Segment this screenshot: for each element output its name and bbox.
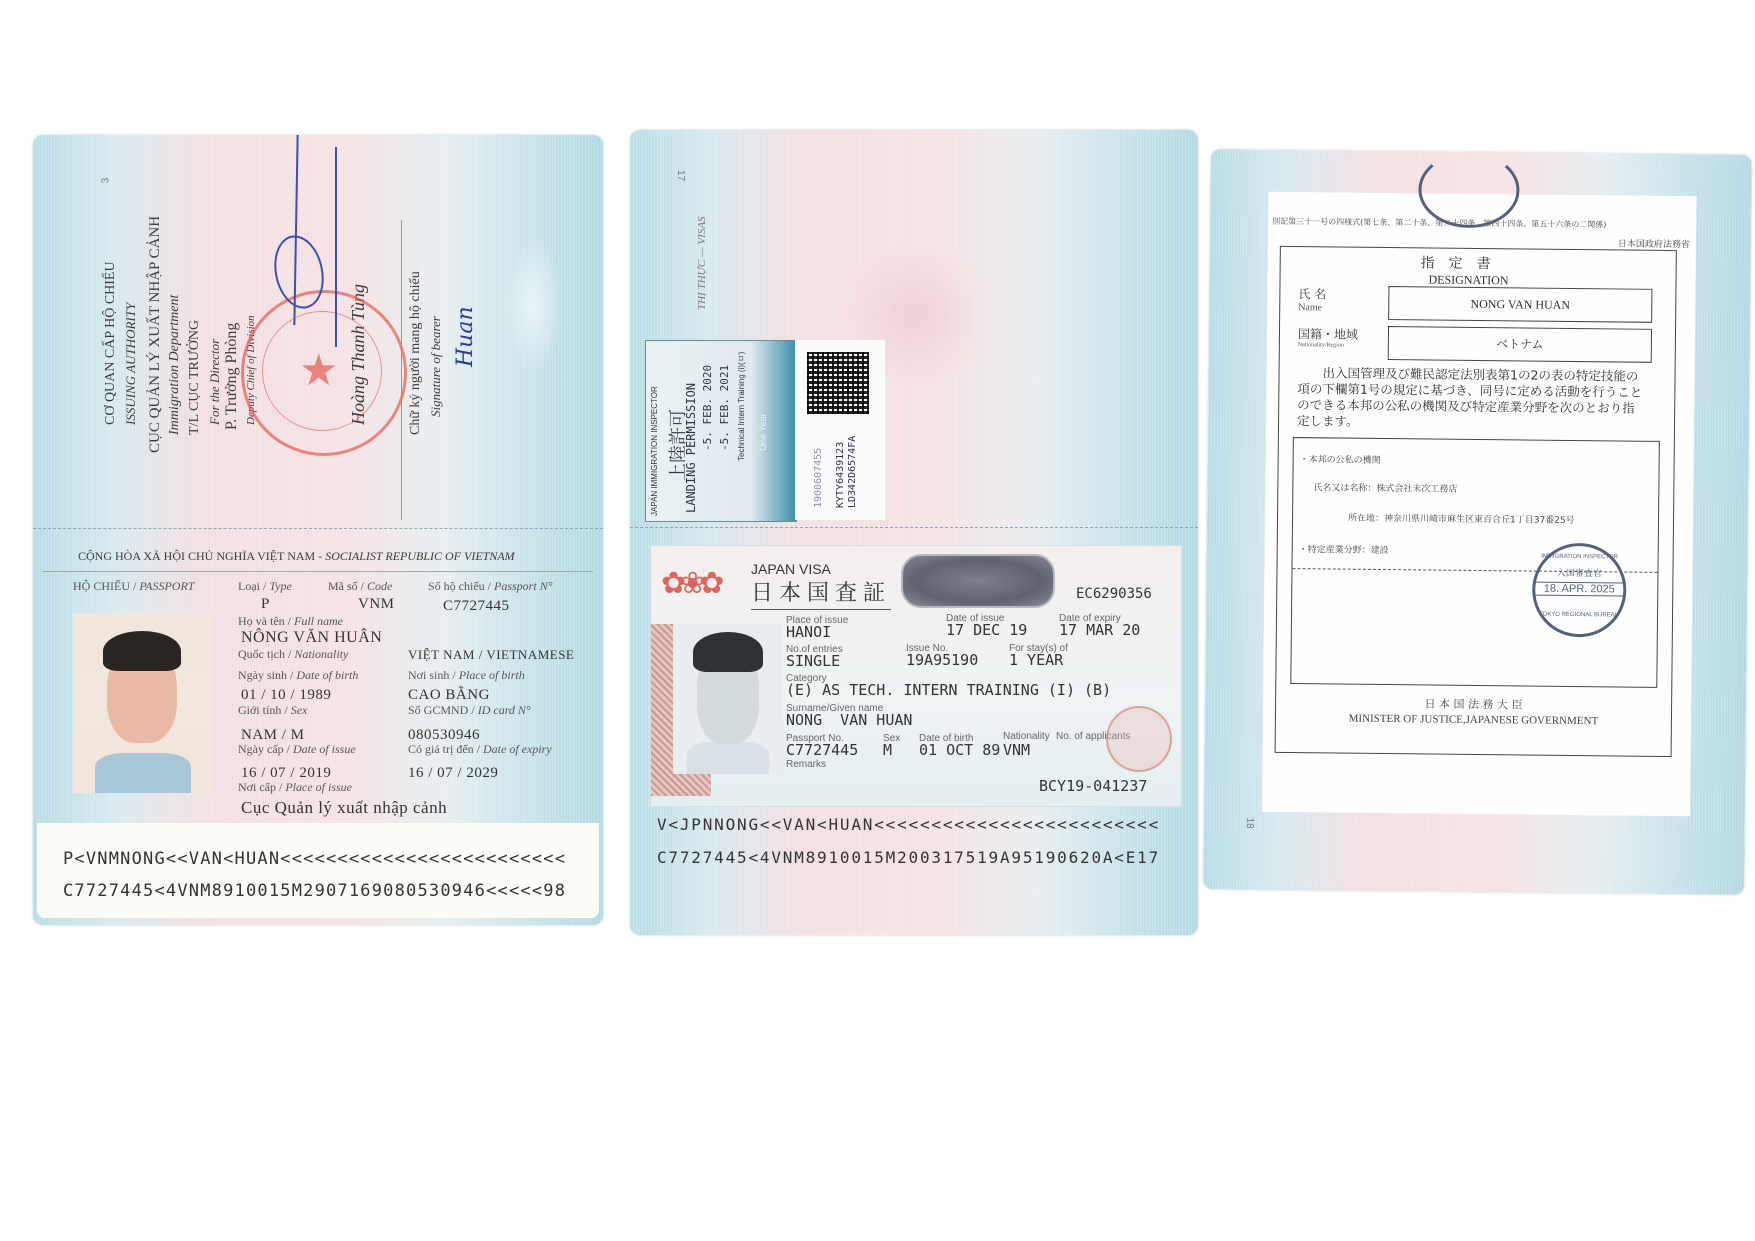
entries: SINGLE xyxy=(786,653,840,669)
consular-seal xyxy=(1106,706,1172,772)
landing-date: -5. FEB. 2020 xyxy=(701,365,714,451)
stamp-bottom-text: TOKYO REGIONAL BUREAU xyxy=(1535,612,1623,619)
nationality-label: Quốc tịch / Nationality xyxy=(238,647,348,662)
place-of-issue: Cục Quản lý xuất nhập cảnh xyxy=(241,798,447,818)
bearer-signature-label-en: Signature of bearer xyxy=(428,316,444,417)
mrz-line-1: P<VNMNONG<<VAN<HUAN<<<<<<<<<<<<<<<<<<<<<… xyxy=(63,849,566,869)
section-title: THỊ THỰC — VISAS xyxy=(696,216,708,310)
page-fold-line xyxy=(630,527,1198,528)
sex-label: Giới tính / Sex xyxy=(238,703,307,718)
japan-visa-sticker: ✿❀✿ JAPAN VISA 日本国査証 EC6290356 Place of … xyxy=(650,545,1182,807)
type-value: P xyxy=(261,596,270,613)
name-label-en: Name xyxy=(1298,302,1322,313)
expiry-date-label: Có giá trị đến / Date of expiry xyxy=(408,742,552,757)
date-of-issue: 17 DEC 19 xyxy=(946,622,1027,638)
full-name: NÔNG VĂN HUÂN xyxy=(241,629,382,647)
name-label-jp: 氏 名 xyxy=(1298,285,1326,302)
minister-jp: 日 本 国 法 務 大 臣 xyxy=(1276,694,1671,714)
designation-title-jp: 指 定 書 xyxy=(1421,252,1491,273)
page-number: 18 xyxy=(1244,818,1255,829)
ministry: 日本国政府法務省 xyxy=(1618,236,1690,250)
visa-holder-name: NONG VAN HUAN xyxy=(786,712,912,728)
org-heading: ・本邦の公私の機関 xyxy=(1300,452,1381,466)
passport-number-label: Số hộ chiếu / Passport N° xyxy=(428,579,553,594)
department-vn: CỤC QUẢN LÝ XUẤT NHẬP CẢNH xyxy=(147,216,164,453)
passport-data-page: 3 CƠ QUAN CẤP HỘ CHIẾU ISSUING AUTHORITY… xyxy=(33,135,603,925)
qr-code xyxy=(807,352,869,414)
passport-no: C7727445 xyxy=(786,742,858,758)
sex: M xyxy=(883,742,892,758)
visa-photo xyxy=(673,624,783,774)
landing-status: Technical Intern Training (i)(ロ) xyxy=(736,352,747,461)
category: (E) AS TECH. INTERN TRAINING (I) (B) xyxy=(786,682,1111,698)
date-of-expiry: 17 MAR 20 xyxy=(1059,622,1140,638)
bureau-stamp-top xyxy=(1418,151,1520,228)
id-label: Số GCMND / ID card N° xyxy=(408,703,531,718)
divider xyxy=(401,220,402,520)
country-header-vn: CỘNG HÒA XÃ HỘI CHỦ NGHĨA VIỆT NAM xyxy=(78,549,315,563)
landing-code-strip: 1900607455 KYTY6439123 LD342D6574FA xyxy=(795,340,885,520)
visa-mrz-line-1: V<JPNNONG<<VAN<HUAN<<<<<<<<<<<<<<<<<<<<<… xyxy=(657,815,1160,834)
minister-en: MINISTER OF JUSTICE,JAPANESE GOVERNMENT xyxy=(1276,712,1671,728)
code-label: Mã số / Code xyxy=(328,579,392,594)
pob-value: CAO BẰNG xyxy=(408,687,490,704)
landing-until: -5. FEB. 2021 xyxy=(718,365,731,451)
dob: 01 OCT 89 xyxy=(919,742,1000,758)
emblem-watermark xyxy=(503,235,563,375)
page-number: 17 xyxy=(675,170,686,181)
authority-en: ISSUING AUTHORITY xyxy=(123,303,139,425)
designation-page: 別記第三十一号の四様式(第七条、第二十条、第二十四条、第四十四条、第五十六条の二… xyxy=(1203,149,1752,895)
issue-no: 19A95190 xyxy=(906,652,978,668)
stamp-top-text: IMMIGRATION INSPECTOR xyxy=(1536,554,1624,561)
name-field: NONG VAN HUAN xyxy=(1388,286,1652,323)
immigration-inspector-stamp: IMMIGRATION INSPECTOR 入国審査官 18. APR. 202… xyxy=(1532,543,1627,638)
industry-field: ・特定産業分野：建設 xyxy=(1299,542,1389,556)
landing-code-2: LD342D6574FA xyxy=(847,436,858,508)
page-fold-line xyxy=(33,528,603,529)
cherry-blossom-icon: ✿❀✿ xyxy=(661,566,718,601)
passport-number: C7727445 xyxy=(443,598,510,615)
bearer-signature: Huan xyxy=(453,306,478,367)
visa-title-en: JAPAN VISA xyxy=(751,561,831,577)
designation-frame: 指 定 書 DESIGNATION 氏 名 Name NONG VAN HUAN… xyxy=(1275,246,1677,757)
mrz-line-2: C7727445<4VNM8910015M2907169080530946<<<… xyxy=(63,881,566,901)
for-director-vn: T/L CỤC TRƯỞNG xyxy=(187,320,203,435)
landing-permission-sticker: JAPAN IMMIGRATION INSPECTOR 上陸許可 LANDING… xyxy=(645,340,797,522)
holder-photo xyxy=(73,613,211,793)
country-header: CỘNG HÒA XÃ HỘI CHỦ NGHĨA VIỆT NAM - SOC… xyxy=(78,549,515,564)
nationality: VNM xyxy=(1003,742,1030,758)
hologram xyxy=(901,554,1055,608)
visa-mrz-line-2: C7727445<4VNM8910015M200317519A95190620A… xyxy=(657,848,1160,867)
place-of-issue: HANOI xyxy=(786,624,831,640)
expiry-date: 16 / 07 / 2029 xyxy=(408,765,498,782)
designation-name: NONG VAN HUAN xyxy=(1389,287,1651,322)
division-vn: P. Trưởng Phòng xyxy=(223,323,241,430)
landing-code-1: KYTY6439123 xyxy=(835,442,846,508)
authority-vn: CƠ QUAN CẤP HỘ CHIẾU xyxy=(103,261,119,425)
pob-label: Nơi sinh / Place of birth xyxy=(408,668,525,683)
dob-label: Ngày sinh / Date of birth xyxy=(238,668,358,683)
organization-frame: ・本邦の公私の機関 氏名又は名称：株式会社末次工務店 所在地：神奈川県川崎市麻生… xyxy=(1290,437,1660,688)
org-name: 氏名又は名称：株式会社末次工務店 xyxy=(1313,480,1457,495)
remarks: BCY19-041237 xyxy=(1039,778,1147,794)
country-header-en: SOCIALIST REPUBLIC OF VIETNAM xyxy=(325,549,514,563)
nationality-value: VIỆT NAM / VIETNAMESE xyxy=(408,647,574,663)
bearer-signature-label-vn: Chữ ký người mang hộ chiếu xyxy=(408,271,424,435)
nationality-label-jp: 国籍・地域 xyxy=(1298,325,1358,343)
designation-sheet: 別記第三十一号の四様式(第七条、第二十条、第二十四条、第四十四条、第五十六条の二… xyxy=(1262,192,1696,816)
visa-page: 17 THỊ THỰC — VISAS JAPAN IMMIGRATION IN… xyxy=(630,130,1198,935)
nationality-label-en: Nationality/Region xyxy=(1298,342,1344,348)
issue-date-label: Ngày cấp / Date of issue xyxy=(238,742,356,757)
designation-nationality: ベトナム xyxy=(1389,327,1651,362)
mrz-zone: P<VNMNONG<<VAN<HUAN<<<<<<<<<<<<<<<<<<<<<… xyxy=(37,823,599,918)
for-director-en: For the Director xyxy=(207,339,223,425)
stamp-date: 18. APR. 2025 xyxy=(1535,582,1623,597)
visa-number: EC6290356 xyxy=(1076,586,1152,602)
signature-stroke xyxy=(335,147,337,347)
full-name-label: Họ và tên / Full name xyxy=(238,614,343,629)
doc-label: HỘ CHIẾU / PASSPORT xyxy=(73,579,194,594)
landing-serial: 1900607455 xyxy=(813,448,824,508)
department-en: Immigration Department xyxy=(167,295,183,435)
dob-value: 01 / 10 / 1989 xyxy=(241,687,331,704)
visa-title-jp: 日本国査証 xyxy=(751,576,891,610)
page-number: 3 xyxy=(100,178,111,184)
remarks-label: Remarks xyxy=(786,760,826,770)
divider xyxy=(43,571,593,572)
designation-body: 出入国管理及び難民認定法別表第1の2の表の特定技能の項の下欄第1号の規定に基づき… xyxy=(1297,365,1643,433)
org-address: 所在地：神奈川県川崎市麻生区東百合丘1丁目37番25号 xyxy=(1348,511,1575,526)
official-red-seal: ★ xyxy=(241,290,407,456)
stay: 1 YEAR xyxy=(1009,652,1063,668)
landing-period: One Year xyxy=(758,413,768,451)
type-label: Loại / Type xyxy=(238,579,292,594)
place-of-issue-label: Nơi cấp / Place of issue xyxy=(238,780,352,795)
nationality-field: ベトナム xyxy=(1388,326,1652,363)
landing-title-en: LANDING PERMISSION xyxy=(684,383,698,513)
stamp-mid-text: 入国審査官 xyxy=(1535,566,1623,580)
landing-header: JAPAN IMMIGRATION INSPECTOR xyxy=(650,386,659,516)
code-value: VNM xyxy=(358,596,395,613)
